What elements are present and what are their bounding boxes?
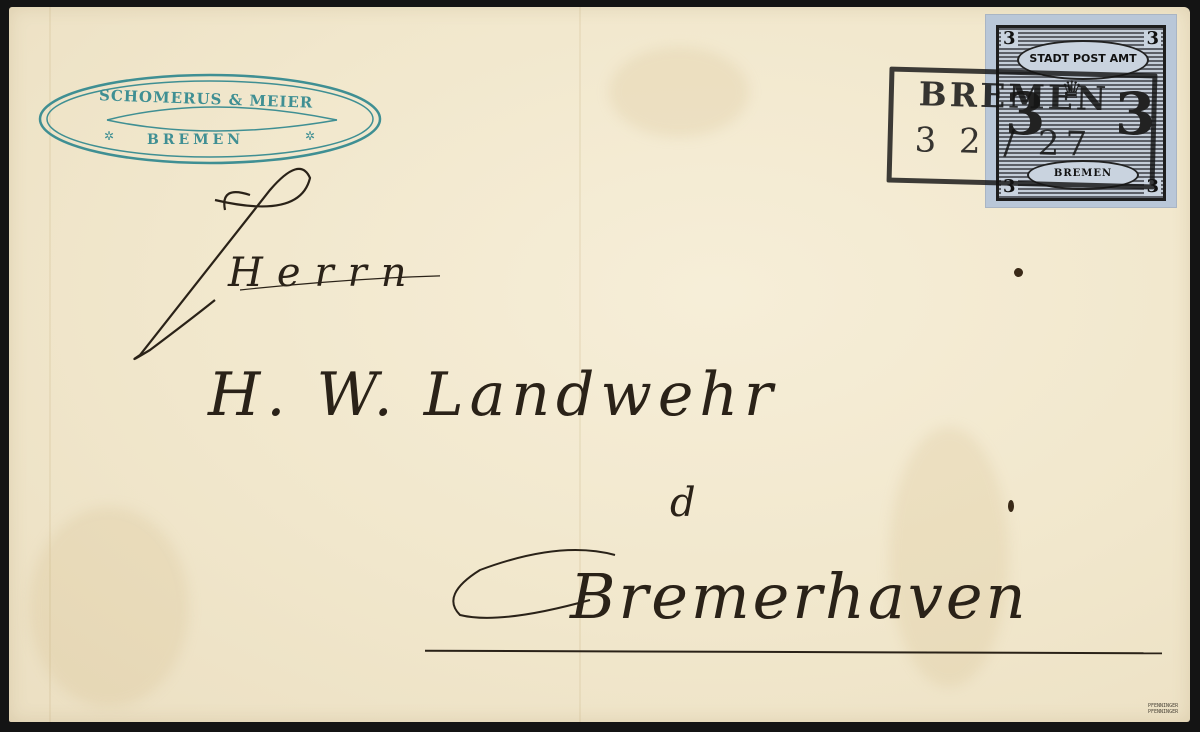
oval-frame-icon: ✲ ✲: [37, 72, 383, 166]
foxing-stain: [889, 427, 1009, 687]
watermark-line: PFENNINGER: [1148, 709, 1178, 715]
photographer-watermark: PFENNINGER PFENNINGER: [1148, 703, 1178, 715]
company-cachet: ✲ ✲ SCHOMERUS & MEIER BREMEN: [37, 72, 383, 166]
svg-text:✲: ✲: [305, 129, 315, 143]
salutation-text: Herrn: [228, 250, 421, 296]
ink-blot: [1014, 268, 1023, 277]
cachet-city: BREMEN: [147, 132, 244, 148]
foxing-stain: [609, 47, 749, 137]
stamp-corner-value: 3: [1144, 30, 1161, 48]
postmark-date: 3 2 / 27: [914, 120, 1093, 165]
stamp-corner-value: 3: [1001, 30, 1018, 48]
recipient-name: H. W. Landwehr: [208, 360, 779, 430]
address-preposition: d: [670, 480, 696, 526]
foxing-stain: [29, 507, 189, 707]
ink-blot: [1008, 500, 1014, 512]
svg-text:✲: ✲: [104, 129, 114, 143]
postmark: BREMEN 3 2 / 27: [887, 67, 1158, 190]
destination-city: Bremerhaven: [570, 560, 1029, 633]
postmark-city: BREMEN: [918, 74, 1109, 118]
